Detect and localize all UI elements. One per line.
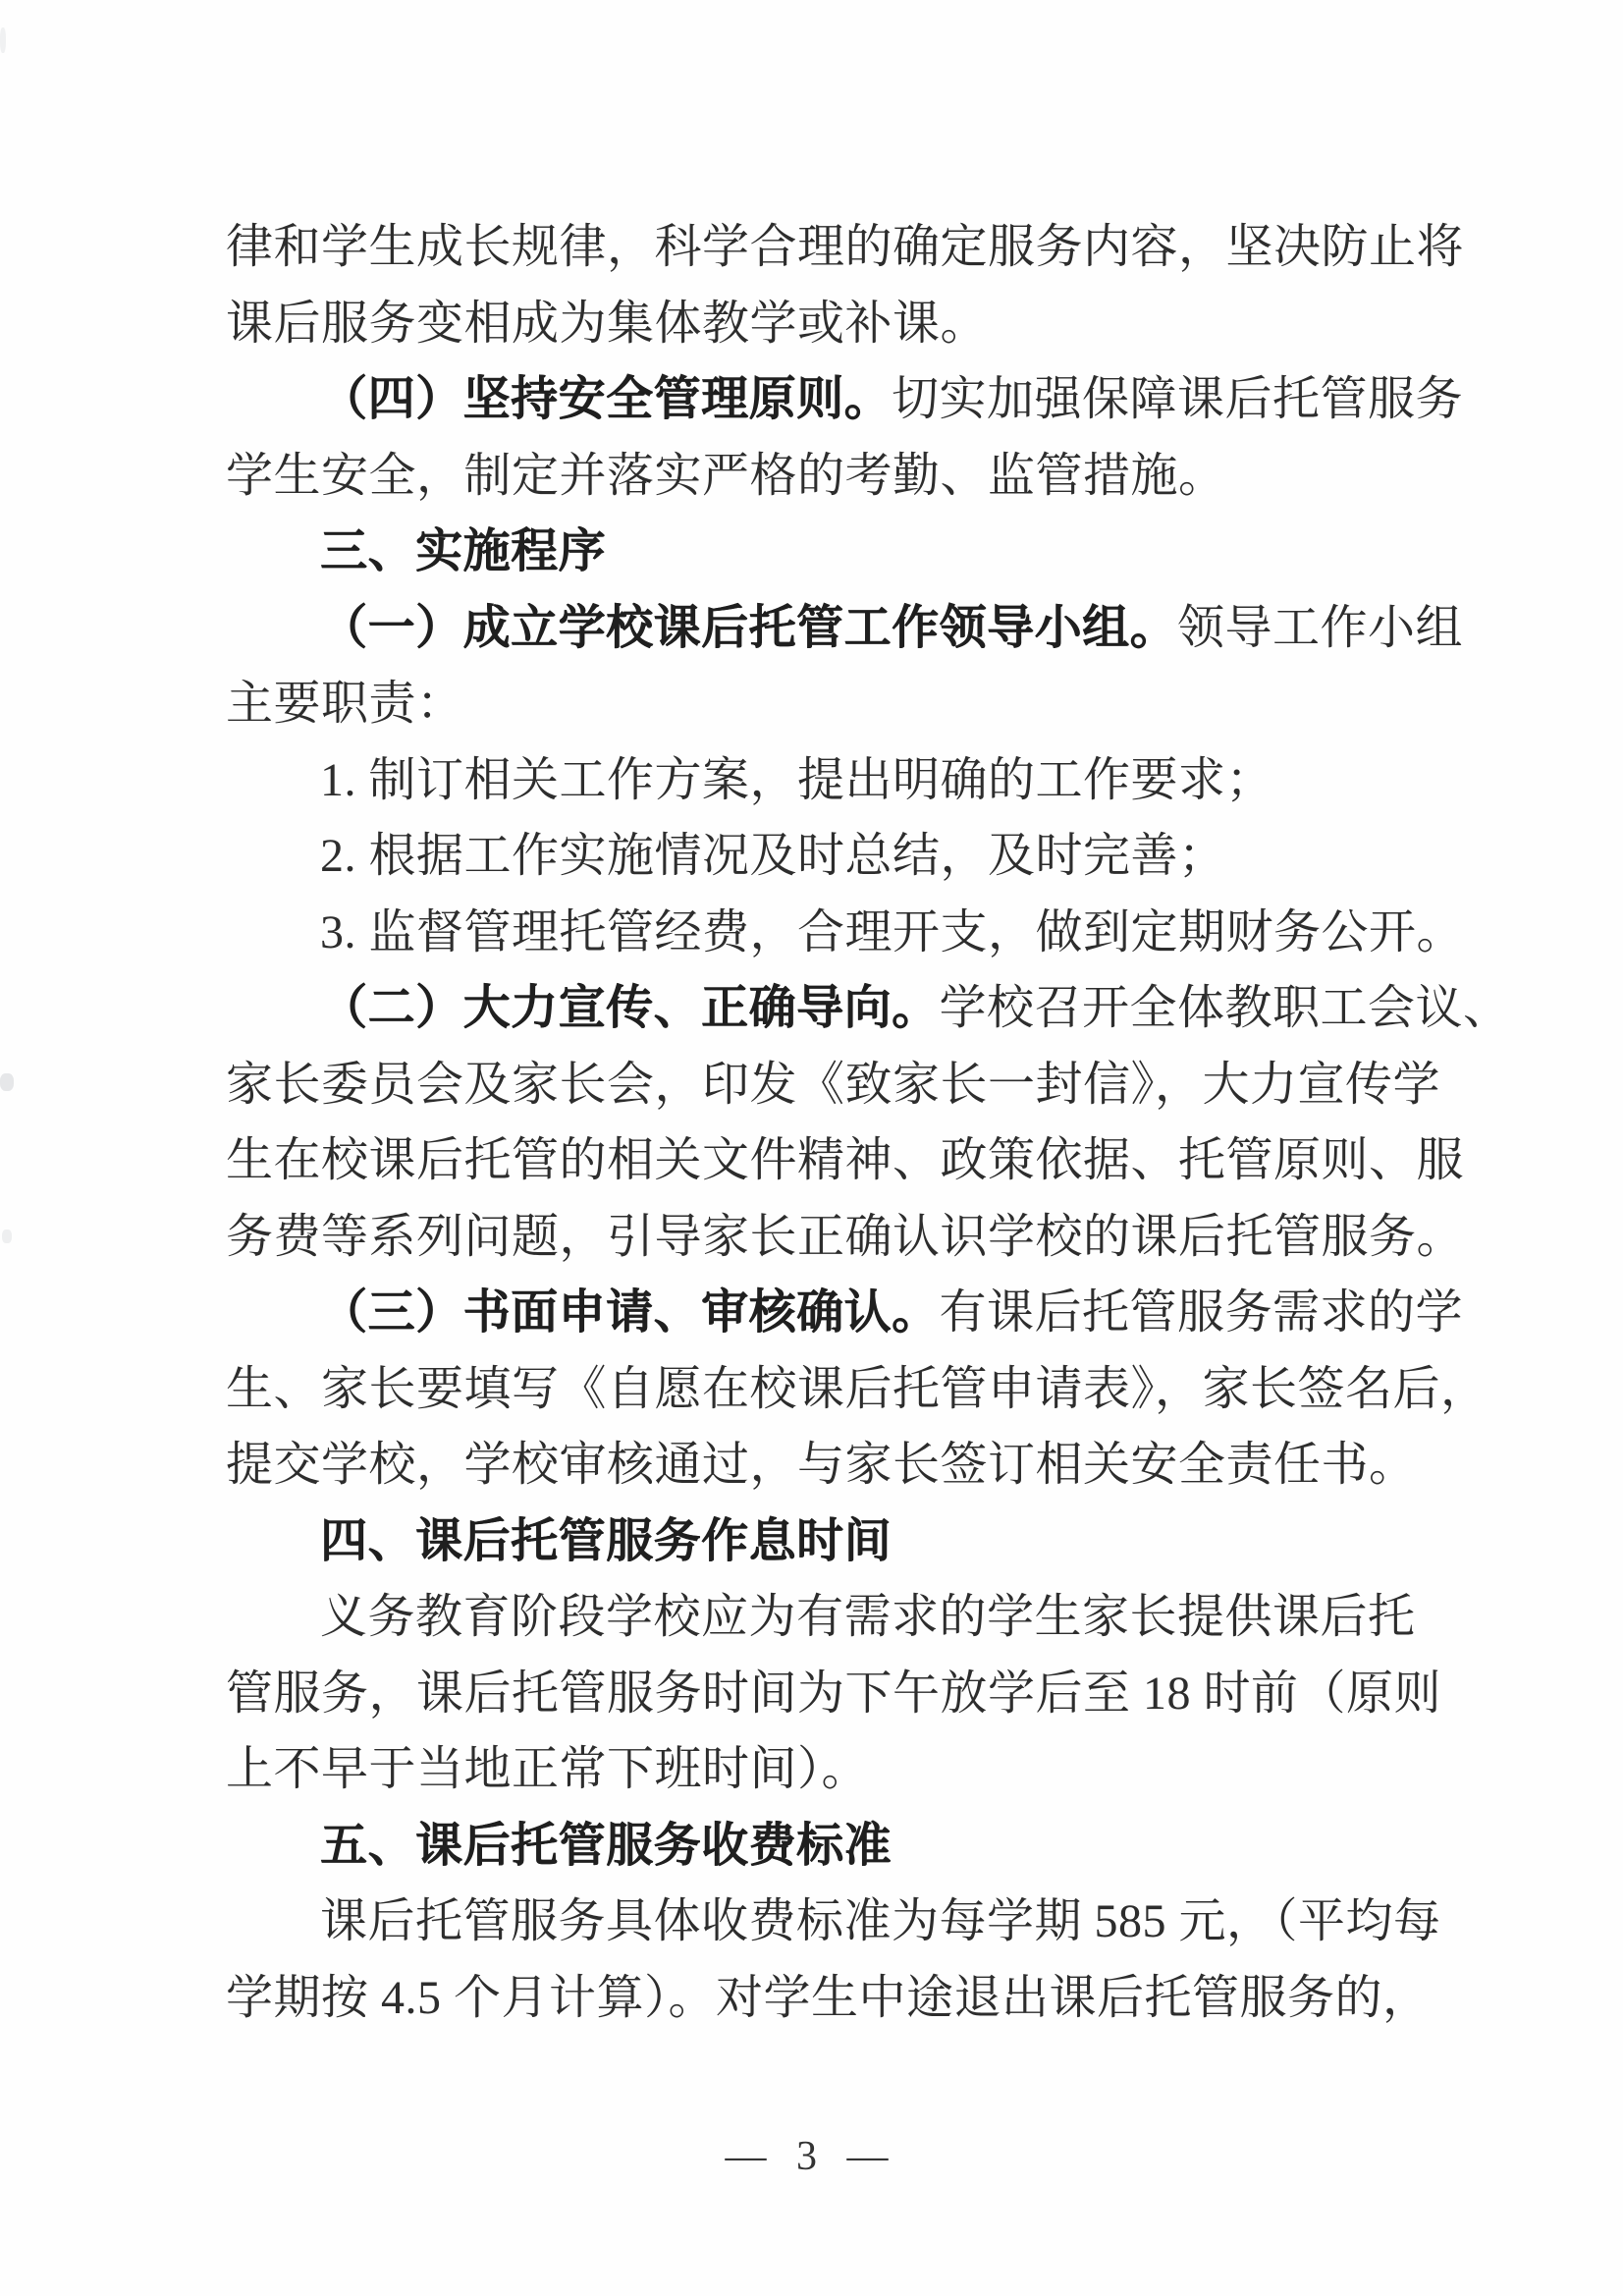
heading-segment: 五、课后托管服务收费标准	[320, 1820, 892, 1872]
heading-segment: 三、实施程序	[320, 525, 606, 577]
document-line: 2. 根据工作实施情况及时总结，及时完善；	[226, 818, 1473, 895]
text-segment: 学期按 4.5 个月计算）。对学生中途退出课后托管服务的，	[226, 1972, 1431, 2024]
document-line: 3. 监督管理托管经费，合理开支，做到定期财务公开。	[226, 895, 1473, 971]
text-segment: 3. 监督管理托管经费，合理开支，做到定期财务公开。	[320, 906, 1464, 958]
text-segment: 有课后托管服务需求的学	[940, 1286, 1464, 1339]
heading-segment: （四）坚持安全管理原则。	[320, 373, 892, 425]
document-line: （三）书面申请、审核确认。有课后托管服务需求的学	[226, 1275, 1473, 1351]
text-segment: 课后服务变相成为集体教学或补课。	[226, 298, 988, 350]
scan-artifact	[0, 27, 6, 53]
document-page: 律和学生成长规律，科学合理的确定服务内容，坚决防止将课后服务变相成为集体教学或补…	[0, 0, 1623, 2296]
document-line: （一）成立学校课后托管工作领导小组。领导工作小组	[226, 590, 1473, 667]
text-segment: 家长委员会及家长会，印发《致家长一封信》，大力宣传学	[226, 1059, 1440, 1111]
text-segment: 生在校课后托管的相关文件精神、政策依据、托管原则、服	[226, 1134, 1464, 1186]
scan-artifact	[0, 1073, 14, 1091]
document-line: （四）坚持安全管理原则。切实加强保障课后托管服务	[226, 361, 1473, 438]
text-segment: 务费等系列问题，引导家长正确认识学校的课后托管服务。	[226, 1211, 1464, 1263]
document-line: 家长委员会及家长会，印发《致家长一封信》，大力宣传学	[226, 1047, 1473, 1123]
document-line: （二）大力宣传、正确导向。学校召开全体教职工会议、	[226, 970, 1473, 1047]
document-body: 律和学生成长规律，科学合理的确定服务内容，坚决防止将课后服务变相成为集体教学或补…	[226, 209, 1473, 2036]
text-segment: 管服务，课后托管服务时间为下午放学后至 18 时前（原则	[226, 1667, 1441, 1720]
text-segment: 1. 制订相关工作方案，提出明确的工作要求；	[320, 754, 1273, 806]
scan-artifact	[2, 1230, 12, 1243]
document-line: 务费等系列问题，引导家长正确认识学校的课后托管服务。	[226, 1199, 1473, 1276]
text-segment: 领导工作小组	[1177, 602, 1463, 654]
document-line: 四、课后托管服务作息时间	[226, 1503, 1473, 1580]
heading-segment: 四、课后托管服务作息时间	[320, 1515, 892, 1567]
document-line: 学生安全，制定并落实严格的考勤、监管措施。	[226, 438, 1473, 515]
document-line: 提交学校，学校审核通过，与家长签订相关安全责任书。	[226, 1427, 1473, 1503]
document-line: 课后服务变相成为集体教学或补课。	[226, 286, 1473, 362]
text-segment: 课后托管服务具体收费标准为每学期 585 元，（平均每	[320, 1895, 1441, 1947]
document-line: 三、实施程序	[226, 514, 1473, 590]
heading-segment: （一）成立学校课后托管工作领导小组。	[320, 602, 1177, 654]
text-segment: 律和学生成长规律，科学合理的确定服务内容，坚决防止将	[226, 221, 1464, 273]
document-line: 生、家长要填写《自愿在校课后托管申请表》，家长签名后，	[226, 1351, 1473, 1428]
text-segment: 学校召开全体教职工会议、	[940, 982, 1511, 1034]
document-line: 上不早于当地正常下班时间）。	[226, 1731, 1473, 1808]
text-segment: 主要职责：	[226, 678, 464, 730]
document-line: 1. 制订相关工作方案，提出明确的工作要求；	[226, 742, 1473, 819]
document-line: 律和学生成长规律，科学合理的确定服务内容，坚决防止将	[226, 209, 1473, 286]
document-line: 生在校课后托管的相关文件精神、政策依据、托管原则、服	[226, 1122, 1473, 1199]
text-segment: 义务教育阶段学校应为有需求的学生家长提供课后托	[320, 1591, 1416, 1643]
document-line: 主要职责：	[226, 666, 1473, 742]
page-number: — 3 —	[0, 2133, 1623, 2180]
document-line: 五、课后托管服务收费标准	[226, 1808, 1473, 1885]
text-segment: 切实加强保障课后托管服务	[892, 373, 1463, 425]
document-line: 课后托管服务具体收费标准为每学期 585 元，（平均每	[226, 1884, 1473, 1960]
document-line: 义务教育阶段学校应为有需求的学生家长提供课后托	[226, 1579, 1473, 1656]
heading-segment: （二）大力宣传、正确导向。	[320, 982, 940, 1034]
heading-segment: （三）书面申请、审核确认。	[320, 1286, 940, 1339]
text-segment: 提交学校，学校审核通过，与家长签订相关安全责任书。	[226, 1439, 1417, 1491]
text-segment: 上不早于当地正常下班时间）。	[226, 1743, 869, 1795]
document-line: 管服务，课后托管服务时间为下午放学后至 18 时前（原则	[226, 1656, 1473, 1732]
text-segment: 2. 根据工作实施情况及时总结，及时完善；	[320, 830, 1226, 882]
document-line: 学期按 4.5 个月计算）。对学生中途退出课后托管服务的，	[226, 1960, 1473, 2037]
text-segment: 学生安全，制定并落实严格的考勤、监管措施。	[226, 450, 1226, 502]
text-segment: 生、家长要填写《自愿在校课后托管申请表》，家长签名后，	[226, 1363, 1488, 1415]
